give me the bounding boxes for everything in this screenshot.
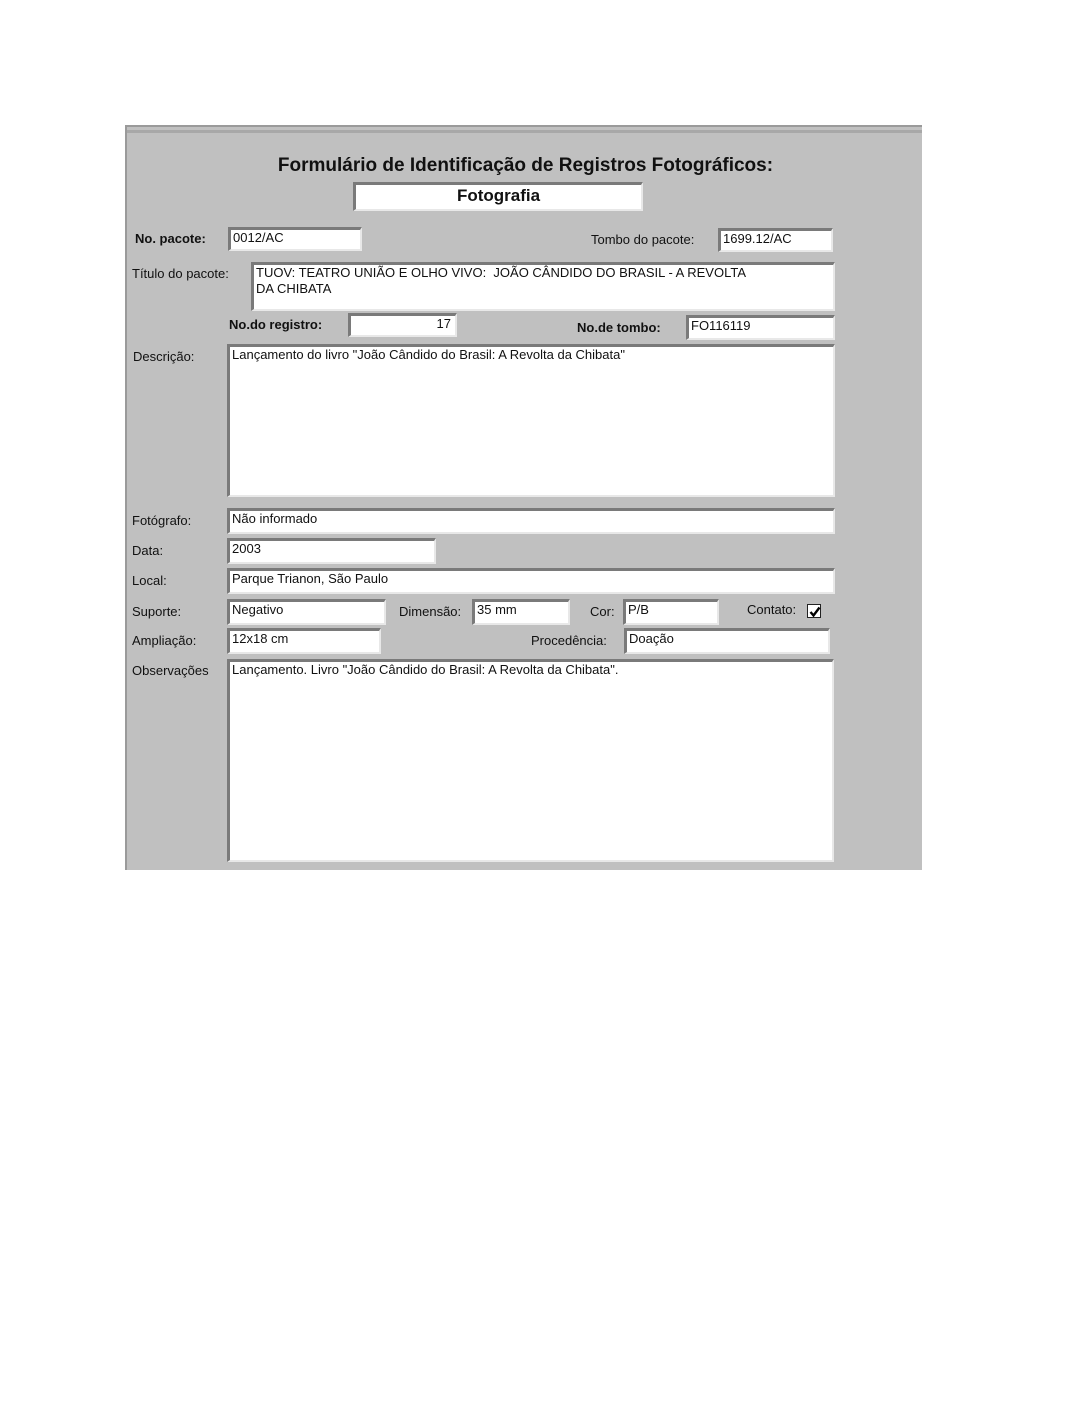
cor-field[interactable]: P/B [623, 599, 719, 625]
checkmark-icon [808, 605, 822, 619]
form-panel: Formulário de Identificação de Registros… [125, 125, 922, 870]
procedencia-field[interactable]: Doação [624, 628, 830, 654]
observacoes-label: Observações [132, 663, 209, 678]
fotografo-field[interactable]: Não informado [227, 508, 835, 534]
descricao-field[interactable]: Lançamento do livro "João Cândido do Bra… [227, 344, 835, 497]
tombo-pacote-label: Tombo do pacote: [591, 232, 694, 247]
titulo-pacote-field[interactable]: TUOV: TEATRO UNIÃO E OLHO VIVO: JOÃO CÂN… [251, 262, 835, 311]
data-field[interactable]: 2003 [227, 538, 436, 564]
cor-label: Cor: [590, 604, 615, 619]
suporte-field[interactable]: Negativo [227, 599, 386, 625]
data-label: Data: [132, 543, 163, 558]
titulo-pacote-label: Título do pacote: [132, 266, 229, 281]
ampliacao-label: Ampliação: [132, 633, 196, 648]
no-registro-label: No.do registro: [229, 317, 322, 332]
suporte-label: Suporte: [132, 604, 181, 619]
tombo-pacote-field[interactable]: 1699.12/AC [718, 228, 833, 252]
local-label: Local: [132, 573, 167, 588]
no-tombo-field[interactable]: FO116119 [686, 315, 835, 340]
contato-label: Contato: [747, 602, 796, 617]
contato-checkbox[interactable] [807, 604, 821, 618]
no-pacote-field[interactable]: 0012/AC [228, 227, 362, 251]
local-field[interactable]: Parque Trianon, São Paulo [227, 568, 835, 594]
no-pacote-label: No. pacote: [135, 231, 206, 246]
no-registro-field[interactable]: 17 [348, 313, 457, 337]
fotografo-label: Fotógrafo: [132, 513, 191, 528]
procedencia-label: Procedência: [531, 633, 607, 648]
record-type-field[interactable]: Fotografia [353, 182, 643, 211]
dimensao-label: Dimensão: [399, 604, 461, 619]
dimensao-field[interactable]: 35 mm [472, 599, 570, 625]
ampliacao-field[interactable]: 12x18 cm [227, 628, 381, 654]
no-tombo-label: No.de tombo: [577, 320, 661, 335]
descricao-label: Descrição: [133, 349, 194, 364]
observacoes-field[interactable]: Lançamento. Livro "João Cândido do Brasi… [227, 659, 834, 862]
form-title: Formulário de Identificação de Registros… [127, 155, 924, 177]
